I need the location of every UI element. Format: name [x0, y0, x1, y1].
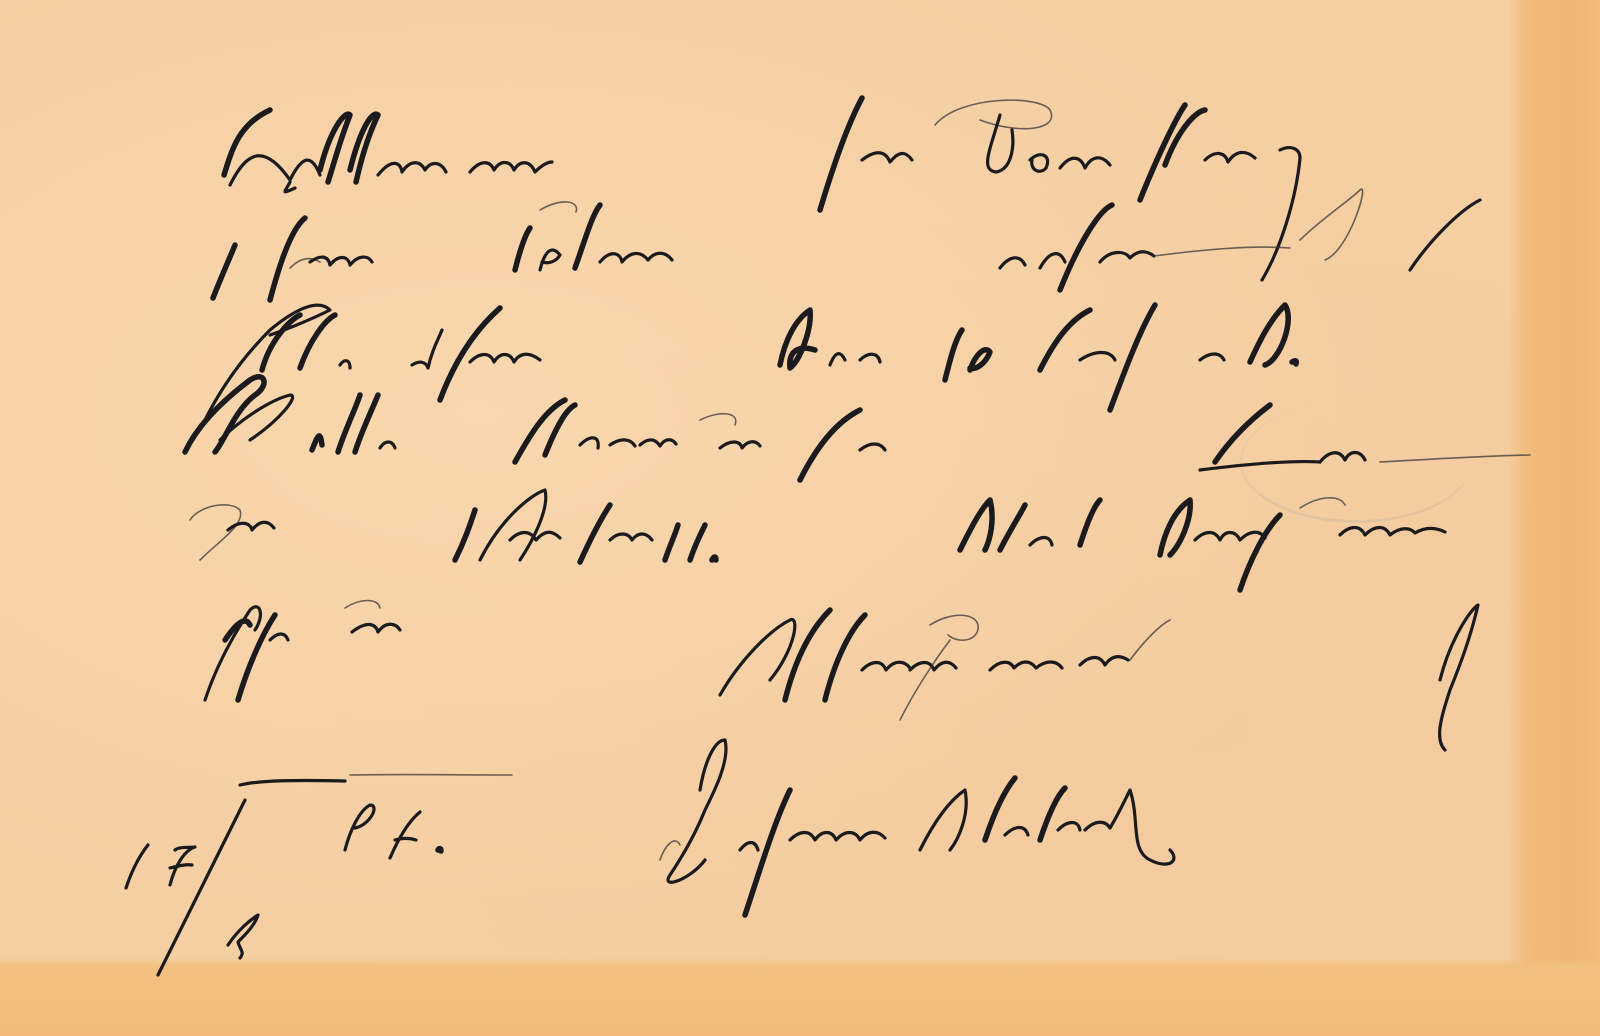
date-text: 17/8. 97. [120, 820, 245, 853]
signature-strokes [660, 740, 1174, 915]
message-line-5: den Austritt. Mit besonderer [190, 510, 597, 543]
message-line-6: Hochachtung [200, 600, 391, 633]
postcard: Wollen wir für Donnerstag 1 Herrn Vökume… [0, 0, 1600, 1036]
message-line-4: Bitte Abzugebedarfer Sinin [180, 410, 568, 443]
message-line-1: Wollen wir für Donnerstag [220, 130, 597, 163]
closing-strokes [720, 605, 1478, 750]
date-strokes [126, 775, 512, 975]
closing-text: Achtungsvoll [720, 630, 904, 663]
message-line-2: 1 Herrn Vökumer einrichten Ich [210, 225, 665, 258]
message-line-3: halte ihm bis 10 Uhr ab. [200, 320, 545, 353]
signature-text: Johann Mäbler [660, 790, 870, 823]
